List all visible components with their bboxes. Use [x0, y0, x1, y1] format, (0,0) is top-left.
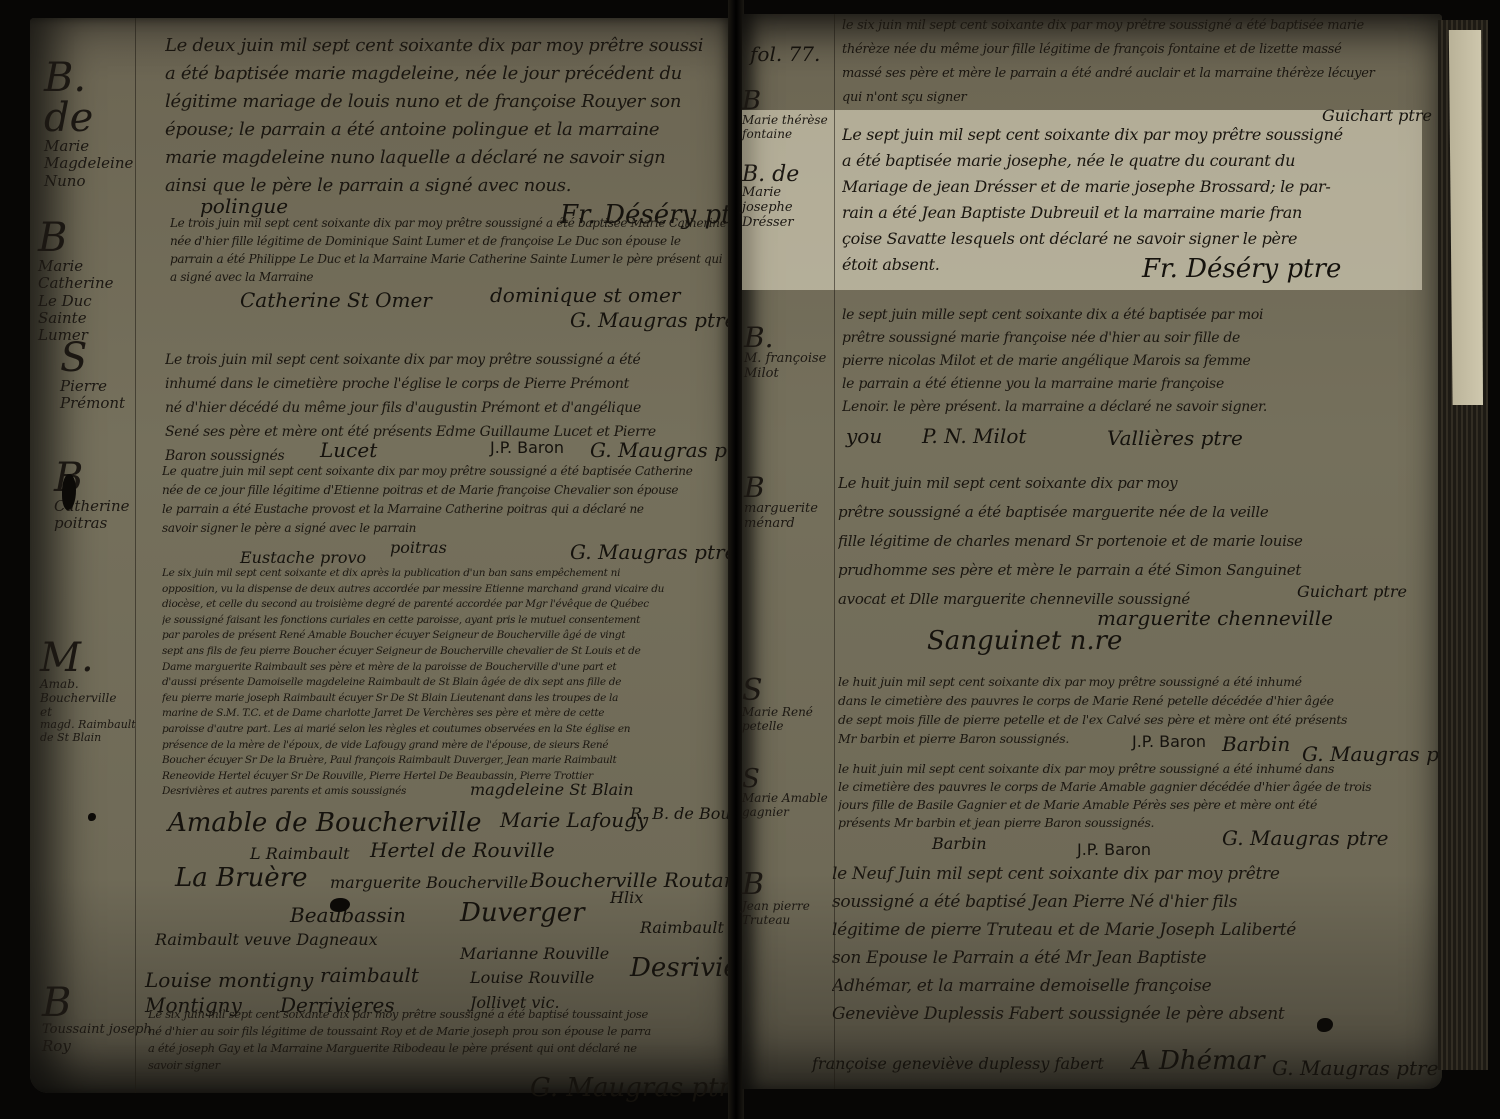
entry-line: le parrain a été Eustache provost et la …	[162, 500, 727, 519]
entry-line: Boucher écuyer Sr De la Bruère, Paul fra…	[162, 753, 730, 769]
entry-line: épouse; le parrain a été antoine polingu…	[165, 116, 725, 144]
margin-name: ménard	[744, 517, 834, 532]
signature: you	[846, 424, 882, 448]
entry-line: fille légitime de charles menard Sr port…	[838, 527, 1428, 556]
margin-rule	[135, 18, 136, 1093]
margin-name: Jean pierre	[742, 900, 832, 914]
entry-line: dans le cimetière des pauvres le corps d…	[838, 691, 1428, 710]
entry-line: prudhomme ses père et mère le parrain a …	[838, 556, 1428, 585]
entry-line: Le trois juin mil sept cent soixante dix…	[165, 348, 730, 372]
margin-name: Marie Amable	[742, 792, 832, 806]
signature: Louise Rouville	[470, 968, 594, 987]
entry-line: rain a été Jean Baptiste Dubreuil et la …	[842, 200, 1422, 226]
margin-note: B. M. françoise Milot	[744, 324, 834, 382]
signature: Barbin	[1222, 732, 1290, 756]
entry-line: pierre nicolas Milot et de marie angéliq…	[842, 350, 1422, 373]
entry-line: thérèze née du même jour fille légitime …	[842, 38, 1432, 62]
entry-line: savoir signer le père a signé avec le pa…	[162, 519, 727, 538]
record-type-letter: B.	[744, 324, 834, 352]
entry-line: soussigné a été baptisé Jean Pierre Né d…	[832, 888, 1432, 916]
margin-note: B Toussaint joseph Roy	[42, 983, 152, 1055]
margin-name: marguerite	[744, 502, 834, 517]
margin-note: B Marie thérèse fontaine	[742, 88, 832, 142]
margin-note: B. de Marie Magdeleine Nuno	[44, 58, 134, 190]
record-type-letter: B. de	[742, 164, 832, 186]
record-type-letter: S	[742, 676, 832, 706]
signature: Vallières ptre	[1107, 426, 1243, 450]
record-type-letter: B	[742, 88, 832, 114]
entry-line: massé ses père et mère le parrain a été …	[842, 62, 1432, 86]
signature: G. Maugras ptre	[1222, 826, 1388, 850]
signature: Marie Lafougy	[500, 808, 648, 832]
record-type-letter: B	[744, 474, 834, 502]
margin-note: B Jean pierre Truteau	[742, 870, 832, 928]
entry-line: Desrivières et autres parents et amis so…	[162, 784, 730, 800]
entry-line: opposition, vu la dispense de deux autre…	[162, 582, 730, 598]
margin-note: S Marie René petelle	[742, 676, 832, 734]
signature: J.P. Baron	[1132, 732, 1206, 751]
margin-name: Prémont	[60, 395, 140, 412]
signature: Hertel de Rouville	[370, 838, 555, 862]
margin-name: Marie thérèse	[742, 114, 832, 128]
entry-line: Le six juin mil sept cent soixante dix p…	[148, 1006, 733, 1023]
signature: J.P. Baron	[490, 438, 564, 457]
entry-line: Dame marguerite Raimbault ses père et mè…	[162, 660, 730, 676]
entry-line: a été baptisée marie magdeleine, née le …	[165, 60, 725, 88]
signature: A Dhémar	[1132, 1046, 1265, 1076]
margin-name: Truteau	[742, 914, 832, 928]
margin-note: B. de Marie josephe Drésser	[742, 164, 832, 231]
register-entry: Le trois juin mil sept cent soixante dix…	[170, 214, 730, 286]
entry-line: paroisse d'autre part. Les ai marié selo…	[162, 722, 730, 738]
entry-line: a été joseph Gay et la Marraine Margueri…	[148, 1040, 733, 1057]
entry-line: née de ce jour fille légitime d'Etienne …	[162, 481, 727, 500]
margin-note: S Pierre Prémont	[60, 338, 140, 413]
margin-name: Pierre	[60, 378, 140, 395]
signature: Amable de Boucherville	[168, 808, 482, 838]
entry-line: sept ans fils de feu pierre Boucher écuy…	[162, 644, 730, 660]
signature: Lucet	[320, 438, 377, 462]
signature: Raimbault	[640, 918, 724, 937]
entry-line: le huit juin mil sept cent soixante dix …	[838, 760, 1428, 778]
margin-name: poitras	[54, 515, 144, 532]
entry-line: prêtre soussigné a été baptisée margueri…	[838, 498, 1428, 527]
entry-line: marine de S.M. T.C. et de Dame charlotte…	[162, 706, 730, 722]
record-type-letter: B	[38, 218, 138, 258]
signature: Fr. Déséry ptre	[1142, 254, 1341, 284]
entry-line: le cimetière des pauvres le corps de Mar…	[838, 778, 1428, 796]
entry-line: son Epouse le Parrain a été Mr Jean Bapt…	[832, 944, 1432, 972]
record-type-letter: S	[60, 338, 140, 378]
ink-blot	[1317, 1018, 1333, 1032]
signature: Louise montigny	[145, 968, 313, 992]
signature: J.P. Baron	[1077, 840, 1151, 859]
signature: G. Maugras ptre	[570, 308, 736, 332]
signature: G. Maugras ptre	[530, 1073, 746, 1103]
register-entry: Le quatre juin mil sept cent soixante di…	[162, 462, 727, 538]
record-type-letter: M.	[40, 638, 140, 678]
register-scan: B. de Marie Magdeleine Nuno Le deux juin…	[0, 0, 1500, 1119]
margin-note: B marguerite ménard	[744, 474, 834, 532]
entry-line: diocèse, et celle du second au troisième…	[162, 597, 730, 613]
entry-line: légitime de pierre Truteau et de Marie J…	[832, 916, 1432, 944]
entry-line: Adhémar, et la marraine demoiselle franç…	[832, 972, 1432, 1000]
entry-line: Le six juin mil sept cent soixante et di…	[162, 566, 730, 582]
entry-line: le sept juin mille sept cent soixante di…	[842, 304, 1422, 327]
entry-line: a été baptisée marie josephe, née le qua…	[842, 148, 1422, 174]
ink-blot	[88, 813, 96, 821]
entry-line: le six juin mil sept cent soixante dix p…	[842, 14, 1432, 38]
signature: G. Maugras ptre	[570, 540, 736, 564]
entry-line: feu pierre marie joseph Raimbault écuyer…	[162, 691, 730, 707]
margin-name: Marie josephe	[742, 186, 832, 216]
margin-name: Marie Magdeleine	[44, 138, 134, 173]
signature: L Raimbault	[250, 844, 350, 863]
margin-name: M. françoise	[744, 352, 834, 367]
folio-number: fol. 77.	[750, 42, 820, 66]
margin-note: B Marie Catherine Le Duc Sainte Lumer	[38, 218, 138, 344]
signature: Sanguinet n.re	[927, 626, 1122, 656]
signature: Catherine St Omer	[240, 288, 432, 312]
entry-line: Le trois juin mil sept cent soixante dix…	[170, 214, 730, 232]
entry-line: né d'hier au soir fils légitime de touss…	[148, 1023, 733, 1040]
entry-line: Lenoir. le père présent. la marraine a d…	[842, 396, 1422, 419]
record-type-letter: B	[742, 870, 832, 900]
signature: magdeleine St Blain	[470, 780, 634, 799]
signature: Marianne Rouville	[460, 944, 609, 963]
register-entry: Le six juin mil sept cent soixante dix p…	[148, 1006, 733, 1074]
entry-line: né d'hier décédé du même jour fils d'aug…	[165, 396, 730, 420]
entry-line: jours fille de Basile Gagnier et de Mari…	[838, 796, 1428, 814]
signature: Guichart ptre	[1297, 582, 1407, 601]
signature: poitras	[390, 538, 447, 557]
margin-note: S Marie Amable gagnier	[742, 766, 832, 820]
entry-line: savoir signer	[148, 1057, 733, 1074]
margin-name: Amab. Boucherville	[40, 678, 140, 706]
margin-name: Roy	[42, 1038, 152, 1055]
entry-line: parrain a été Philippe Le Duc et la Marr…	[170, 250, 730, 268]
margin-name: Marie Catherine	[38, 258, 138, 293]
entry-line: marie magdeleine nuno laquelle a déclaré…	[165, 144, 725, 172]
signature: marguerite chenneville	[1097, 606, 1333, 630]
margin-name: Nuno	[44, 173, 134, 190]
margin-name: gagnier	[742, 806, 832, 820]
entry-line: de sept mois fille de pierre petelle et …	[838, 710, 1428, 729]
margin-name: fontaine	[742, 128, 832, 142]
margin-name: Le Duc	[38, 293, 138, 310]
margin-note: M. Amab. Boucherville et magd. Raimbault…	[40, 638, 140, 745]
signature: Raimbault veuve Dagneaux	[155, 930, 378, 949]
margin-name: petelle	[742, 720, 832, 734]
entry-line: Le sept juin mil sept cent soixante dix …	[842, 122, 1422, 148]
entry-line: Mariage de jean Drésser et de marie jose…	[842, 174, 1422, 200]
entry-line: je soussigné faisant les fonctions curia…	[162, 613, 730, 629]
register-entry: le Neuf Juin mil sept cent soixante dix …	[832, 860, 1432, 1028]
signature: Eustache provo	[240, 548, 366, 567]
entry-line: présence de la mère de l'époux, de vide …	[162, 738, 730, 754]
record-type-letter: B. de	[44, 58, 134, 138]
entry-line: d'aussi présente Damoiselle magdeleine R…	[162, 675, 730, 691]
record-type-letter: B	[42, 983, 152, 1023]
signature: Barbin	[932, 834, 987, 853]
record-type-letter: S	[742, 766, 832, 792]
entry-line: prêtre soussigné marie françoise née d'h…	[842, 327, 1422, 350]
entry-line: par paroles de présent René Amable Bouch…	[162, 628, 730, 644]
signature: Duverger	[460, 898, 585, 928]
signature: P. N. Milot	[922, 424, 1026, 448]
entry-line: inhumé dans le cimetière proche l'église…	[165, 372, 730, 396]
margin-name: Drésser	[742, 216, 832, 231]
signature: françoise geneviève duplessy fabert	[812, 1054, 1104, 1073]
margin-name: Marie René	[742, 706, 832, 720]
register-entry: Le deux juin mil sept cent soixante dix …	[165, 32, 725, 200]
entry-line: le parrain a été étienne you la marraine…	[842, 373, 1422, 396]
signature: G. Maugras ptre	[1272, 1056, 1438, 1080]
entry-line: le Neuf Juin mil sept cent soixante dix …	[832, 860, 1432, 888]
entry-line: le huit juin mil sept cent soixante dix …	[838, 672, 1428, 691]
entry-line: Le deux juin mil sept cent soixante dix …	[165, 32, 725, 60]
entry-line: Le quatre juin mil sept cent soixante di…	[162, 462, 727, 481]
signature: marguerite Boucherville	[330, 873, 528, 892]
register-entry: Le six juin mil sept cent soixante et di…	[162, 566, 730, 800]
left-page: B. de Marie Magdeleine Nuno Le deux juin…	[30, 18, 734, 1093]
signature: Hlix	[610, 888, 643, 907]
right-page: fol. 77. B Marie thérèse fontaine le six…	[742, 14, 1442, 1089]
margin-name: Milot	[744, 367, 834, 382]
margin-name: Toussaint joseph	[42, 1023, 152, 1038]
entry-line: légitime mariage de louis nuno et de fra…	[165, 88, 725, 116]
register-entry: le six juin mil sept cent soixante dix p…	[842, 14, 1432, 110]
signature: dominique st omer	[490, 283, 680, 307]
entry-line: née d'hier fille légitime de Dominique S…	[170, 232, 730, 250]
entry-line: Reneovide Hertel écuyer Sr De Rouville, …	[162, 769, 730, 785]
register-entry: le huit juin mil sept cent soixante dix …	[838, 760, 1428, 832]
margin-name: magd. Raimbault de St Blain	[40, 719, 140, 744]
register-entry: le sept juin mille sept cent soixante di…	[842, 304, 1422, 419]
signature: La Bruère	[175, 863, 308, 893]
margin-name: et	[40, 706, 140, 720]
signature: raimbault	[320, 963, 419, 987]
entry-line: Geneviève Duplessis Fabert soussignée le…	[832, 1000, 1432, 1028]
entry-line: Le huit juin mil sept cent soixante dix …	[838, 469, 1428, 498]
entry-line: çoise Savatte lesquels ont déclaré ne sa…	[842, 226, 1422, 252]
